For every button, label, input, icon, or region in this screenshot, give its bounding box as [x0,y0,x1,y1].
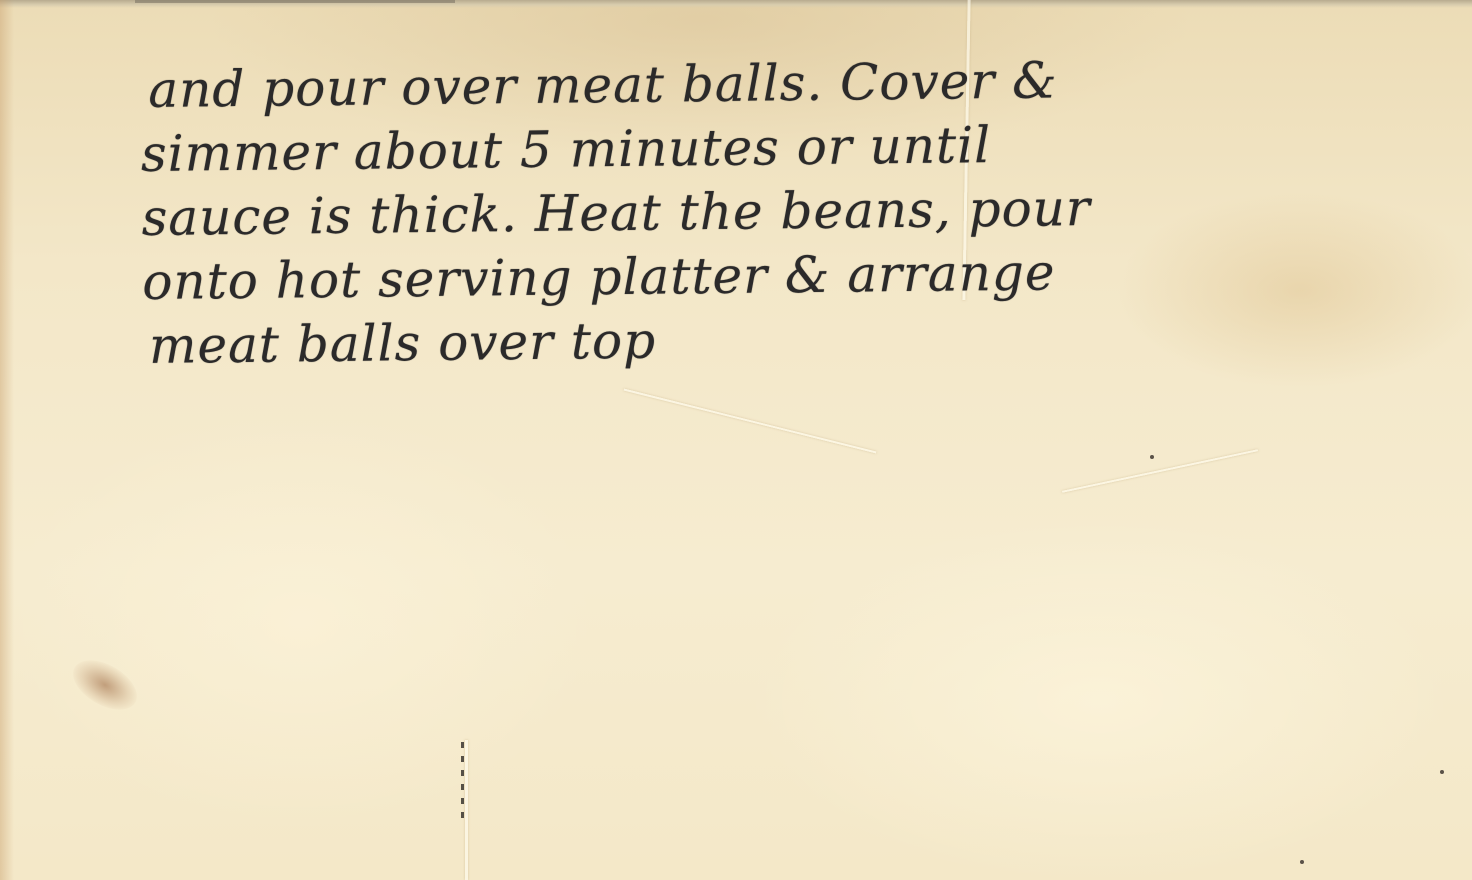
recipe-instructions: and pour over meat balls. Cover & simmer… [140,44,1443,378]
tear-mark [461,742,464,822]
paper-crease [624,389,877,454]
ink-speck [1150,455,1154,459]
recipe-card: and pour over meat balls. Cover & simmer… [0,0,1472,880]
paper-crease [465,740,468,880]
food-stain [65,650,146,720]
ink-speck [1440,770,1444,774]
ink-speck [1300,860,1304,864]
paper-crease [1062,449,1258,493]
card-top-edge-shadow [135,0,455,3]
handwritten-line: meat balls over top [143,300,1444,378]
card-left-edge-shadow [0,0,14,880]
